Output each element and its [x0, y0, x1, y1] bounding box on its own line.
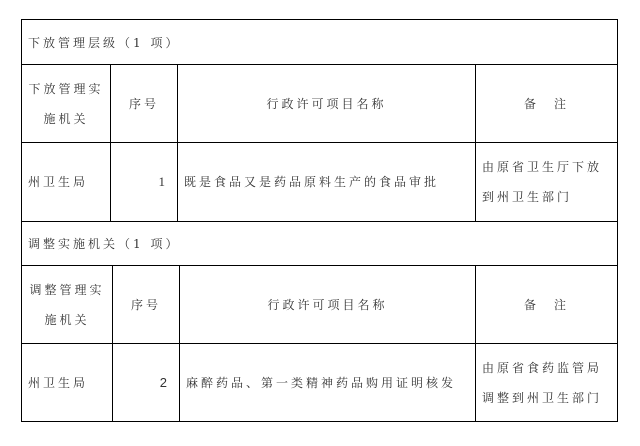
- permit-table: 下放管理层级（1 项） 下放管理实 施机关 序号 行政许可项目名称 备 注 州卫…: [21, 19, 617, 422]
- row-agency-text: 州卫生局: [28, 167, 88, 197]
- header-item-name: 行政许可项目名称: [177, 64, 476, 143]
- row-item-name: 麻醉药品、第一类精神药品购用证明核发: [179, 343, 476, 422]
- row-seq-text: 1: [159, 167, 166, 197]
- row-item-name-text: 麻醉药品、第一类精神药品购用证明核发: [186, 368, 456, 398]
- row-item-name-text: 既是食品又是药品原料生产的食品审批: [184, 167, 439, 197]
- header-remark-text: 备 注: [524, 89, 569, 119]
- header-remark: 备 注: [475, 64, 618, 143]
- header-seq: 序号: [110, 64, 178, 143]
- row-remark-line1: 由原省食药监管局: [482, 353, 602, 383]
- section-title-adjusted: 调整实施机关（1 项）: [21, 221, 618, 266]
- header-remark: 备 注: [475, 265, 618, 344]
- row-item-name: 既是食品又是药品原料生产的食品审批: [177, 142, 476, 222]
- row-remark-line2: 调整到州卫生部门: [482, 383, 602, 413]
- header-agency-line1: 下放管理实: [28, 74, 103, 104]
- row-remark: 由原省食药监管局 调整到州卫生部门: [475, 343, 618, 422]
- header-agency-line1: 调整管理实: [29, 275, 104, 305]
- row-agency: 州卫生局: [21, 142, 111, 222]
- row-remark: 由原省卫生厅下放 到州卫生部门: [475, 142, 618, 222]
- header-item-name-text: 行政许可项目名称: [266, 89, 386, 119]
- header-seq-text: 序号: [129, 89, 159, 119]
- header-item-name-text: 行政许可项目名称: [267, 290, 387, 320]
- row-remark-line2: 到州卫生部门: [482, 182, 572, 212]
- header-remark-text: 备 注: [524, 290, 569, 320]
- header-agency: 调整管理实 施机关: [21, 265, 113, 344]
- header-seq-text: 序号: [131, 290, 161, 320]
- header-agency: 下放管理实 施机关: [21, 64, 111, 143]
- section-title-text: 调整实施机关（1 项）: [28, 229, 180, 259]
- row-agency: 州卫生局: [21, 343, 113, 422]
- header-seq: 序号: [112, 265, 180, 344]
- header-agency-line2: 施机关: [43, 104, 88, 134]
- row-seq: 1: [110, 142, 178, 222]
- section-title-text: 下放管理层级（1 项）: [28, 28, 180, 58]
- row-seq: 2: [112, 343, 180, 422]
- section-title-decentralized: 下放管理层级（1 项）: [21, 19, 618, 65]
- header-agency-line2: 施机关: [44, 305, 89, 335]
- row-agency-text: 州卫生局: [28, 368, 88, 398]
- header-item-name: 行政许可项目名称: [179, 265, 476, 344]
- row-seq-text: 2: [160, 368, 167, 398]
- row-remark-line1: 由原省卫生厅下放: [482, 152, 602, 182]
